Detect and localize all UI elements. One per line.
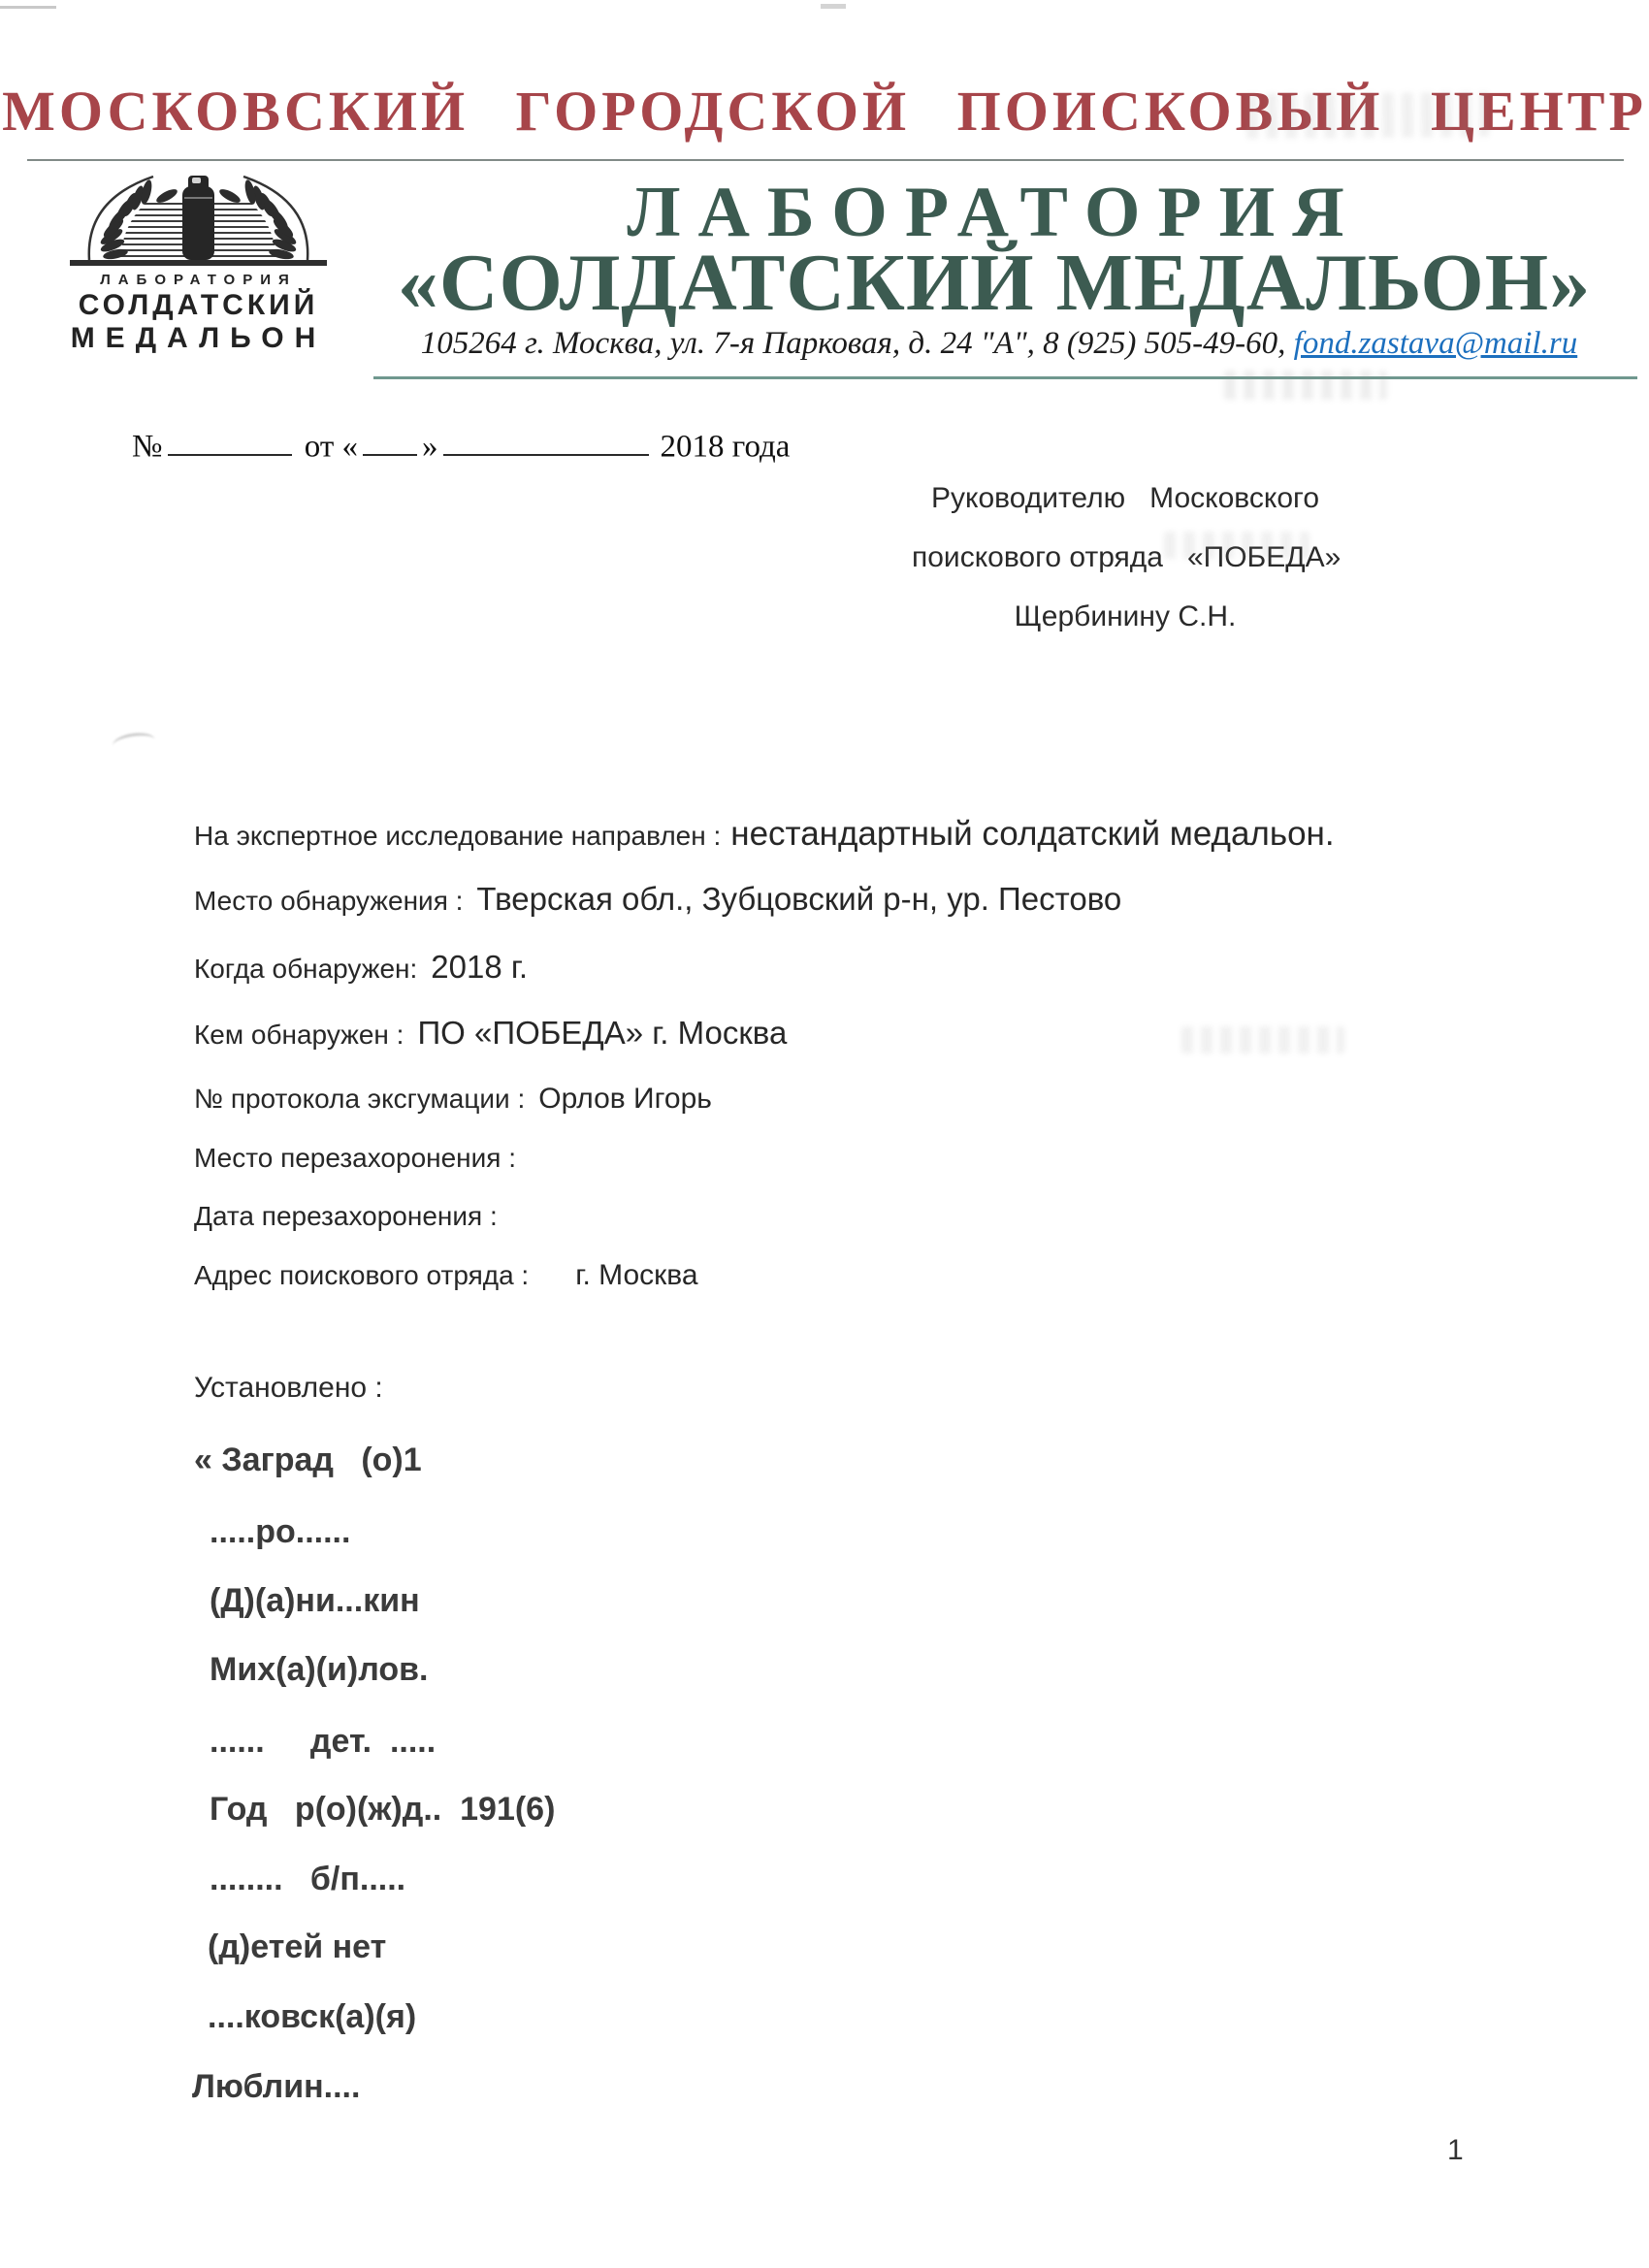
document-number-line: № от «»2018 года xyxy=(132,424,790,465)
medallion-transcript-line: ...... дет. ..... xyxy=(210,1723,436,1761)
medallion-transcript-line: Люблин.... xyxy=(192,2068,360,2106)
medallion-transcript-line: Мих(а)(и)лов. xyxy=(210,1651,429,1689)
address-text: 105264 г. Москва, ул. 7-я Парковая, д. 2… xyxy=(421,326,1294,361)
logo-title-line2: МЕДАЛЬОН xyxy=(60,322,337,355)
scan-edge-artifact xyxy=(821,4,846,9)
field-label: На экспертное исследование направлен : xyxy=(194,821,721,852)
field-value: Тверская обл., Зубцовский р-н, ур. Песто… xyxy=(476,881,1121,918)
established-heading: Установлено : xyxy=(194,1372,383,1405)
form-row-sent-for-examination: На экспертное исследование направлен :не… xyxy=(194,815,1335,854)
email-link[interactable]: fond.zastava@mail.ru xyxy=(1294,326,1578,361)
form-row-place-found: Место обнаружения :Тверская обл., Зубцов… xyxy=(194,881,1121,918)
medallion-transcript-line: (Д)(а)ни...кин xyxy=(210,1582,420,1620)
laboratory-logo: ЛАБОРАТОРИЯ СОЛДАТСКИЙ МЕДАЛЬОН xyxy=(60,171,337,355)
header-divider-line xyxy=(27,159,1624,161)
number-sign: № xyxy=(132,429,163,464)
lab-title-line2: «СОЛДАТСКИЙ МЕДАЛЬОН» xyxy=(349,243,1639,324)
medallion-transcript-line: ....ковск(а)(я) xyxy=(208,1998,416,2036)
logo-title-line1: СОЛДАТСКИЙ xyxy=(60,289,337,322)
addressee-line1: Руководителю Московского xyxy=(912,482,1339,515)
logo-caption: ЛАБОРАТОРИЯ xyxy=(60,272,337,288)
medallion-transcript-line: (д)етей нет xyxy=(208,1928,386,1966)
ink-bleedthrough-artifact xyxy=(1181,1026,1344,1053)
page-number: 1 xyxy=(1447,2134,1464,2167)
medallion-transcript-line: ........ б/п..... xyxy=(210,1861,405,1898)
ink-bleedthrough-artifact xyxy=(1246,92,1489,139)
medallion-emblem-icon xyxy=(60,171,337,268)
address-line: 105264 г. Москва, ул. 7-я Парковая, д. 2… xyxy=(359,326,1639,362)
medallion-transcript-line: Год р(о)(ж)д.. 191(6) xyxy=(210,1791,555,1829)
blank-number-field xyxy=(168,424,292,456)
field-label: Адрес поискового отряда : xyxy=(194,1260,529,1291)
blank-day-field xyxy=(363,424,417,456)
pencil-mark-artifact xyxy=(112,730,156,755)
form-row-found-by: Кем обнаружен :ПО «ПОБЕДА» г. Москва xyxy=(194,1015,787,1052)
field-value: г. Москва xyxy=(575,1259,697,1292)
from-label: от « xyxy=(297,429,359,464)
field-value: Орлов Игорь xyxy=(538,1083,712,1116)
form-row-reburial-place: Место перезахоронения : xyxy=(194,1143,530,1174)
scan-edge-artifact xyxy=(0,6,56,9)
medallion-transcript-line: .....ро...... xyxy=(210,1513,350,1551)
form-row-exhumation-protocol: № протокола эксгумации :Орлов Игорь xyxy=(194,1083,712,1116)
field-label: Место обнаружения : xyxy=(194,886,463,917)
field-label: Дата перезахоронения : xyxy=(194,1201,498,1232)
field-label: Когда обнаружен: xyxy=(194,954,417,985)
field-label: Кем обнаружен : xyxy=(194,1020,404,1051)
scanned-document-page: МОСКОВСКИЙ ГОРОДСКОЙ ПОИСКОВЫЙ ЦЕНТР xyxy=(0,0,1649,2268)
field-value: 2018 г. xyxy=(431,949,528,986)
form-row-reburial-date: Дата перезахоронения : xyxy=(194,1201,511,1232)
quote-close: » xyxy=(422,429,438,464)
field-label: Место перезахоронения : xyxy=(194,1143,516,1174)
ink-bleedthrough-artifact xyxy=(1224,371,1387,400)
medallion-transcript-line: « Заград (о)1 xyxy=(194,1442,422,1479)
form-row-squad-address: Адрес поискового отряда :г. Москва xyxy=(194,1259,698,1292)
address-divider-line xyxy=(373,376,1637,379)
addressee-line3: Щербинину С.Н. xyxy=(912,600,1339,633)
field-value: ПО «ПОБЕДА» г. Москва xyxy=(417,1015,787,1052)
form-row-when-found: Когда обнаружен:2018 г. xyxy=(194,949,528,986)
blank-month-field xyxy=(443,424,649,456)
year-label: 2018 года xyxy=(661,429,791,464)
field-value: нестандартный солдатский медальон. xyxy=(730,815,1334,854)
ink-bleedthrough-artifact xyxy=(1164,532,1309,559)
field-label: № протокола эксгумации : xyxy=(194,1084,525,1115)
